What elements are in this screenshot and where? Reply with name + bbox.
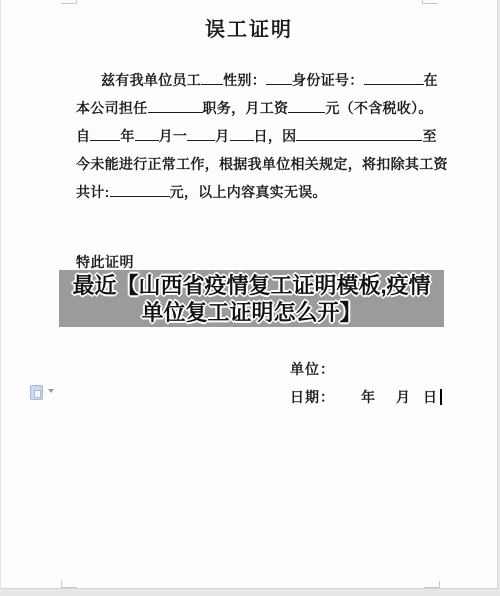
date-label: 日期： bbox=[290, 389, 335, 405]
blank-underline bbox=[135, 129, 159, 141]
document-body: 兹有我单位员工性别：身份证号：在本公司担任职务，月工资元（不含税收）。自年月一月… bbox=[76, 66, 438, 206]
paste-options-button[interactable] bbox=[30, 385, 62, 403]
margin-mark-top-right bbox=[422, 0, 438, 4]
clipboard-paste-icon bbox=[30, 385, 43, 400]
signature-date-line: 日期：年月日 bbox=[290, 387, 442, 407]
signature-unit-label: 单位： bbox=[290, 359, 335, 379]
margin-mark-bottom-right bbox=[424, 581, 440, 588]
screenshot-root: { "document": { "title": "误工证明", "body_l… bbox=[0, 0, 500, 596]
blank-underline bbox=[296, 129, 422, 141]
blank-underline bbox=[90, 129, 120, 141]
blank-underline bbox=[230, 129, 254, 141]
overlay-banner-line1: 最近【山西省疫情复工证明模板,疫情 bbox=[59, 272, 444, 299]
body-text-segment: 元，以上内容真实无误。 bbox=[170, 184, 327, 200]
body-line: 本公司担任职务，月工资元（不含税收）。 bbox=[76, 94, 438, 122]
body-text-segment: 日，因 bbox=[254, 128, 297, 144]
overlay-banner-line2: 单位复工证明怎么开】 bbox=[59, 299, 444, 326]
body-text-segment: 自 bbox=[76, 128, 90, 144]
body-line: 兹有我单位员工性别：身份证号：在 bbox=[76, 66, 438, 94]
body-text-segment: 职务，月工资 bbox=[203, 100, 289, 116]
body-text-segment: 本公司担任 bbox=[76, 100, 148, 116]
day-label: 日 bbox=[423, 389, 438, 405]
blank-underline bbox=[187, 129, 215, 141]
document-page: 误工证明 兹有我单位员工性别：身份证号：在本公司担任职务，月工资元（不含税收）。… bbox=[0, 0, 498, 589]
body-text-segment: 今未能进行正常工作，根据我单位相关规定，将扣除其工资 bbox=[76, 156, 448, 172]
body-line: 共计:元，以上内容真实无误。 bbox=[76, 178, 438, 206]
body-text-segment: 性别： bbox=[223, 72, 266, 88]
body-text-segment: 月一 bbox=[159, 128, 188, 144]
blank-underline bbox=[148, 101, 203, 113]
body-text-segment: 至 bbox=[422, 128, 436, 144]
overlay-banner: 最近【山西省疫情复工证明模板,疫情 单位复工证明怎么开】 bbox=[59, 270, 444, 327]
body-text-segment: 年 bbox=[120, 128, 134, 144]
blank-underline bbox=[266, 73, 292, 85]
body-text-segment: 身份证号： bbox=[292, 72, 364, 88]
body-text-segment: 兹有我单位员工 bbox=[101, 72, 201, 88]
closing-statement: 特此证明 bbox=[76, 252, 134, 272]
body-text-segment: 共计: bbox=[76, 184, 110, 200]
caret-down-icon bbox=[48, 389, 54, 393]
blank-underline bbox=[288, 101, 325, 113]
year-label: 年 bbox=[361, 389, 376, 405]
blank-underline bbox=[364, 73, 424, 85]
month-label: 月 bbox=[396, 389, 411, 405]
text-cursor bbox=[440, 389, 442, 405]
body-line: 今未能进行正常工作，根据我单位相关规定，将扣除其工资 bbox=[76, 150, 438, 178]
body-text-segment: 在 bbox=[424, 72, 438, 88]
document-title: 误工证明 bbox=[1, 13, 497, 42]
blank-underline bbox=[201, 73, 223, 85]
body-line: 自年月一月日，因至 bbox=[76, 122, 438, 150]
blank-underline bbox=[110, 185, 170, 197]
body-text-segment: 元（不含税收）。 bbox=[325, 100, 432, 116]
margin-mark-bottom-left bbox=[61, 581, 77, 588]
margin-mark-top-left bbox=[61, 0, 77, 4]
body-text-segment: 月 bbox=[215, 128, 229, 144]
